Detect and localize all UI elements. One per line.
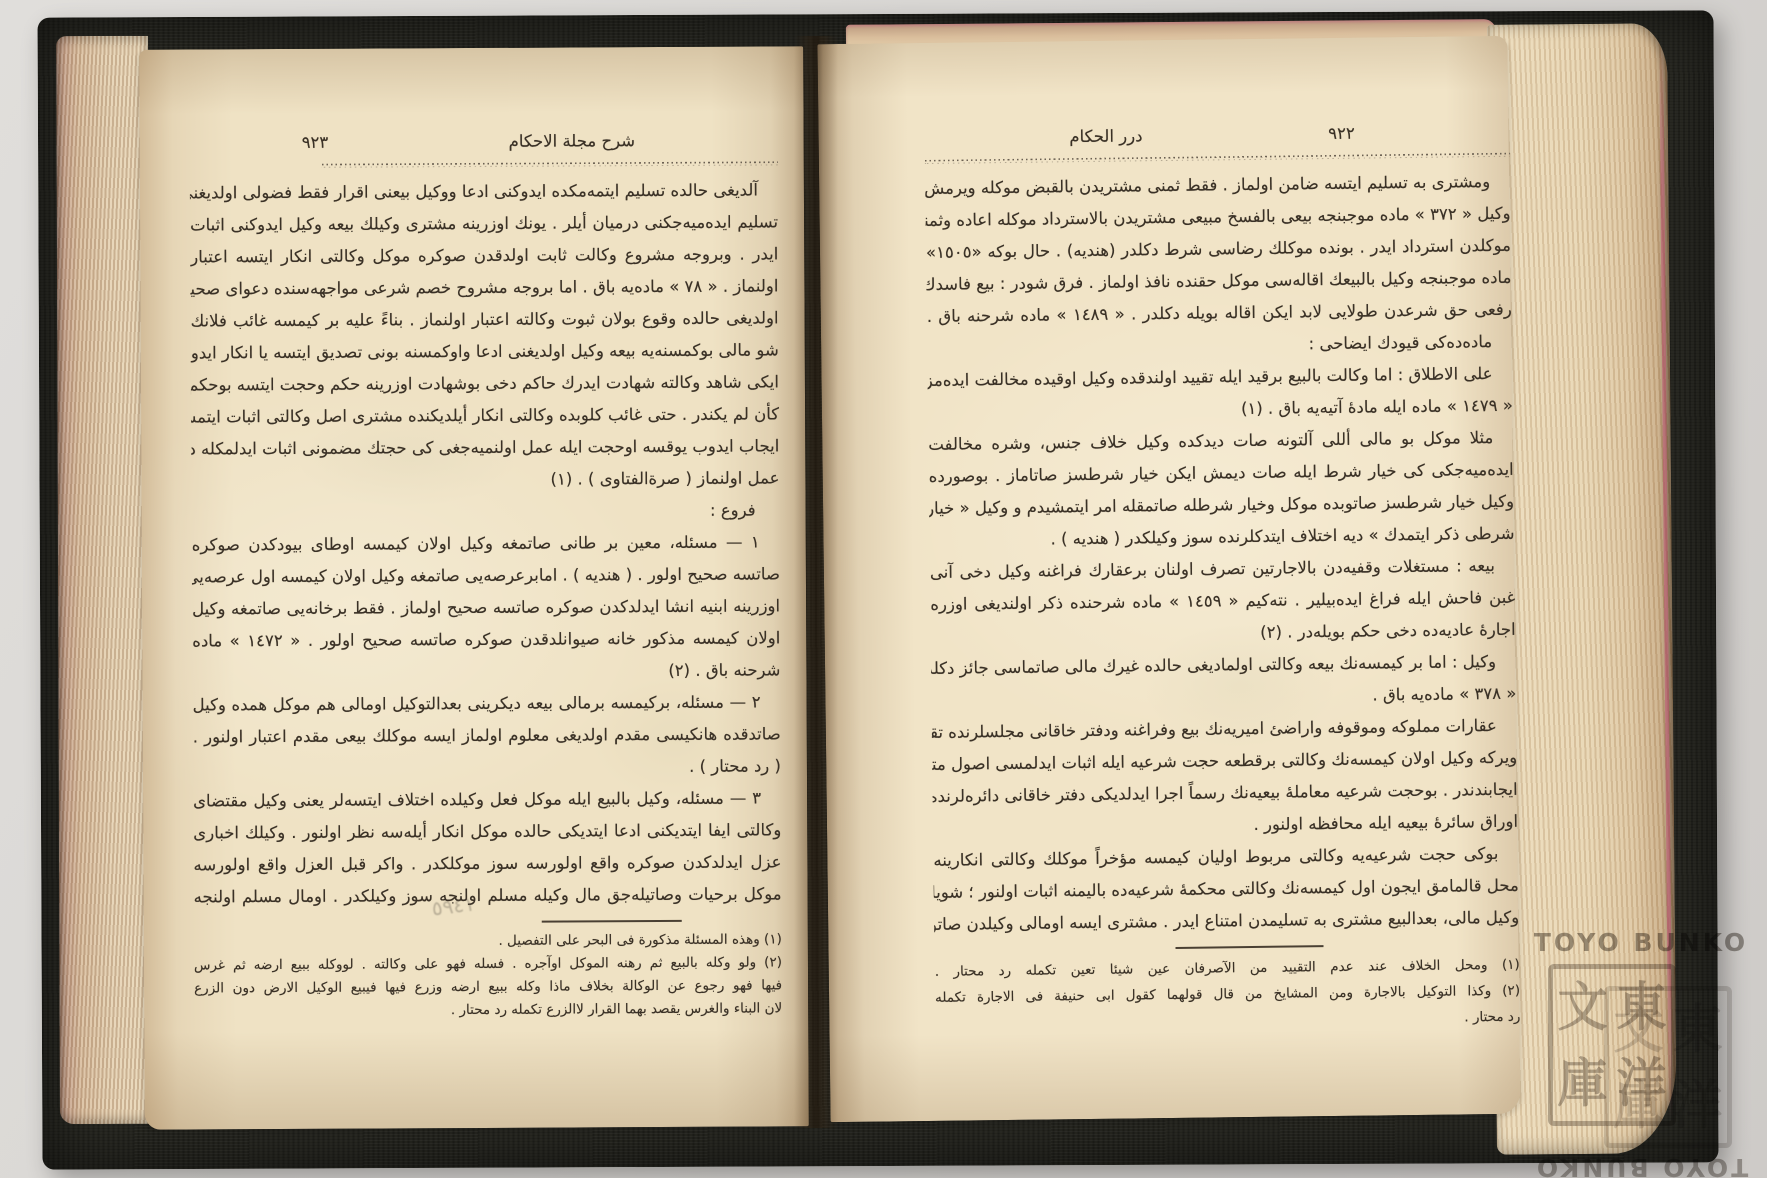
book-photo: { "book": { "watermark": { "text": "TOYO… <box>0 0 1767 1178</box>
left-footnote-rule <box>542 920 682 923</box>
left-body-line: عمل اولنماز ( صرةالفتاوى ) . (١) <box>191 462 779 497</box>
right-footnote-rule <box>1175 945 1323 949</box>
left-body-line: اولنماز . « ٧٨ » ماده‌يه باق . اما بروجه… <box>190 270 778 305</box>
watermark-text-bottom: TOYO BUNKO <box>1532 1153 1750 1178</box>
left-page-number: ٩٢٣ <box>302 133 329 152</box>
left-body-line: اولديغى حالده وقوع بولان ثبوت وكالته اعت… <box>191 302 779 337</box>
left-body-line: اولان كيمسه مذكور خانه صيوانلدقدن صوكره … <box>192 622 780 657</box>
right-page-footnotes: (١) ومحل الخلاف عند عدم التقييد من الآصر… <box>935 952 1521 1037</box>
left-body-line: صاتسه صحيح اولور . ( هنديه ) . امابرعرصه… <box>192 558 780 593</box>
library-seal-ghost-icon: 東洋文庫 <box>1604 986 1732 1148</box>
left-body-line: شرحنه باق . (٢) <box>192 654 780 689</box>
right-page: ٩٢٢ درر الحكام ومشترى به تسليم ايتسه ضام… <box>817 36 1520 1122</box>
seal-character: 庫 <box>1614 1079 1664 1132</box>
seal-character: 文 <box>1558 981 1608 1034</box>
left-body-line: كأن لم يكندر . حتى غائب كلوبده وكالتى ان… <box>191 398 779 433</box>
left-body-line: فروع : <box>192 494 780 529</box>
watermark-text-top: TOYO BUNKO <box>1532 928 1750 957</box>
left-body-line: تسليم ايده‌ميه‌جكنى درميان أيلر . يونك ا… <box>190 206 778 241</box>
seal-character: 東 <box>1673 1003 1723 1056</box>
left-body-line: عزل ايدلدكدن صوكره واقع اولورسه سوز موكل… <box>193 846 781 881</box>
left-page-running-title: شرح مجلة الاحكام <box>509 131 636 151</box>
left-body-line: ايكى شاهد وكالته شهادت ايدرك حاكم دخى بو… <box>191 366 779 401</box>
left-page-footnotes: (١) وهذه المسئلة مذكورة فى البحر على الت… <box>194 928 782 1023</box>
seal-character: 庫 <box>1558 1057 1608 1110</box>
right-page-number: ٩٢٢ <box>1328 124 1355 143</box>
right-body-line: وكيل مالى، بعدالبيع مشترى به تسليمدن امت… <box>934 902 1519 941</box>
left-footnote-line: فيها فهو رجوع عن الوكالة بخلاف ماذا وكله… <box>194 974 782 1000</box>
left-page-body-text: آلديغى حالده تسليم ايتمه‌مكده ايدوكنى اد… <box>190 174 782 913</box>
left-footnote-line: لان البناء والغرس يقصد بهما القرار لاالز… <box>194 997 782 1023</box>
left-body-line: آلديغى حالده تسليم ايتمه‌مكده ايدوكنى اد… <box>190 174 778 209</box>
left-body-line: ( رد محتار ) . <box>193 750 781 785</box>
right-page-text-column: ٩٢٢ درر الحكام ومشترى به تسليم ايتسه ضام… <box>924 122 1520 1037</box>
right-page-body-text: ومشترى به تسليم ايتسه ضامن اولماز . فقط … <box>925 166 1519 941</box>
book-gutter-shadow <box>794 36 838 1128</box>
left-body-line: ايجاب ايدوب يوقسه اوحجت ايله عمل اولنميه… <box>191 430 779 465</box>
left-body-line: وكالتى ايفا ايتديكنى ادعا ايتديكى حالده … <box>193 814 781 849</box>
left-page: ٩٢٣ شرح مجلة الاحكام آلديغى حالده تسليم … <box>139 46 809 1129</box>
left-body-line: اوزرينه ابنيه انشا ايدلدكدن صوكره صاتسه … <box>192 590 780 625</box>
right-page-header: ٩٢٢ درر الحكام <box>924 122 1509 155</box>
left-footnote-line: (٢) ولو وكله بالبيع ثم رهنه الموكل اوآجر… <box>194 951 782 977</box>
left-page-text-column: ٩٢٣ شرح مجلة الاحكام آلديغى حالده تسليم … <box>190 130 783 1023</box>
seal-character: 洋 <box>1673 1079 1723 1132</box>
left-body-line: ٣ — مسئله، وكيل بالبيع ايله موكل فعل وكي… <box>193 782 781 817</box>
left-page-header: ٩٢٣ شرح مجلة الاحكام <box>190 130 778 159</box>
left-page-edge-stack <box>56 36 152 1124</box>
toyo-bunko-watermark: TOYO BUNKO 東洋文庫 東洋文庫 TOYO BUNKO <box>1532 928 1750 1178</box>
left-body-line: ١ — مسئله، معين بر طانى صاتمغه وكيل اولا… <box>192 526 780 561</box>
left-body-line: ايدر . وبروجه مشروع وكالت ثابت اولدقدن ص… <box>190 238 778 273</box>
right-page-running-title: درر الحكام <box>1069 126 1142 146</box>
right-header-dotted-rule <box>925 153 1510 164</box>
left-body-line: ٢ — مسئله، بركيمسه برمالى بيعه ديكرينى ب… <box>193 686 781 721</box>
left-header-dotted-rule <box>322 161 778 167</box>
left-body-line: موكل برحيات وصاتيله‌جق مال وكيله مسلم او… <box>194 878 782 913</box>
left-body-line: شو مالى بوكمسنه‌يه بيعه وكيل اولديغنى اد… <box>191 334 779 369</box>
left-footnote-line: (١) وهذه المسئلة مذكورة فى البحر على الت… <box>194 928 782 954</box>
seal-character: 文 <box>1614 1003 1664 1056</box>
left-body-line: صاتدقده هانكيسى مقدم اولديغى معلوم اولما… <box>193 718 781 753</box>
